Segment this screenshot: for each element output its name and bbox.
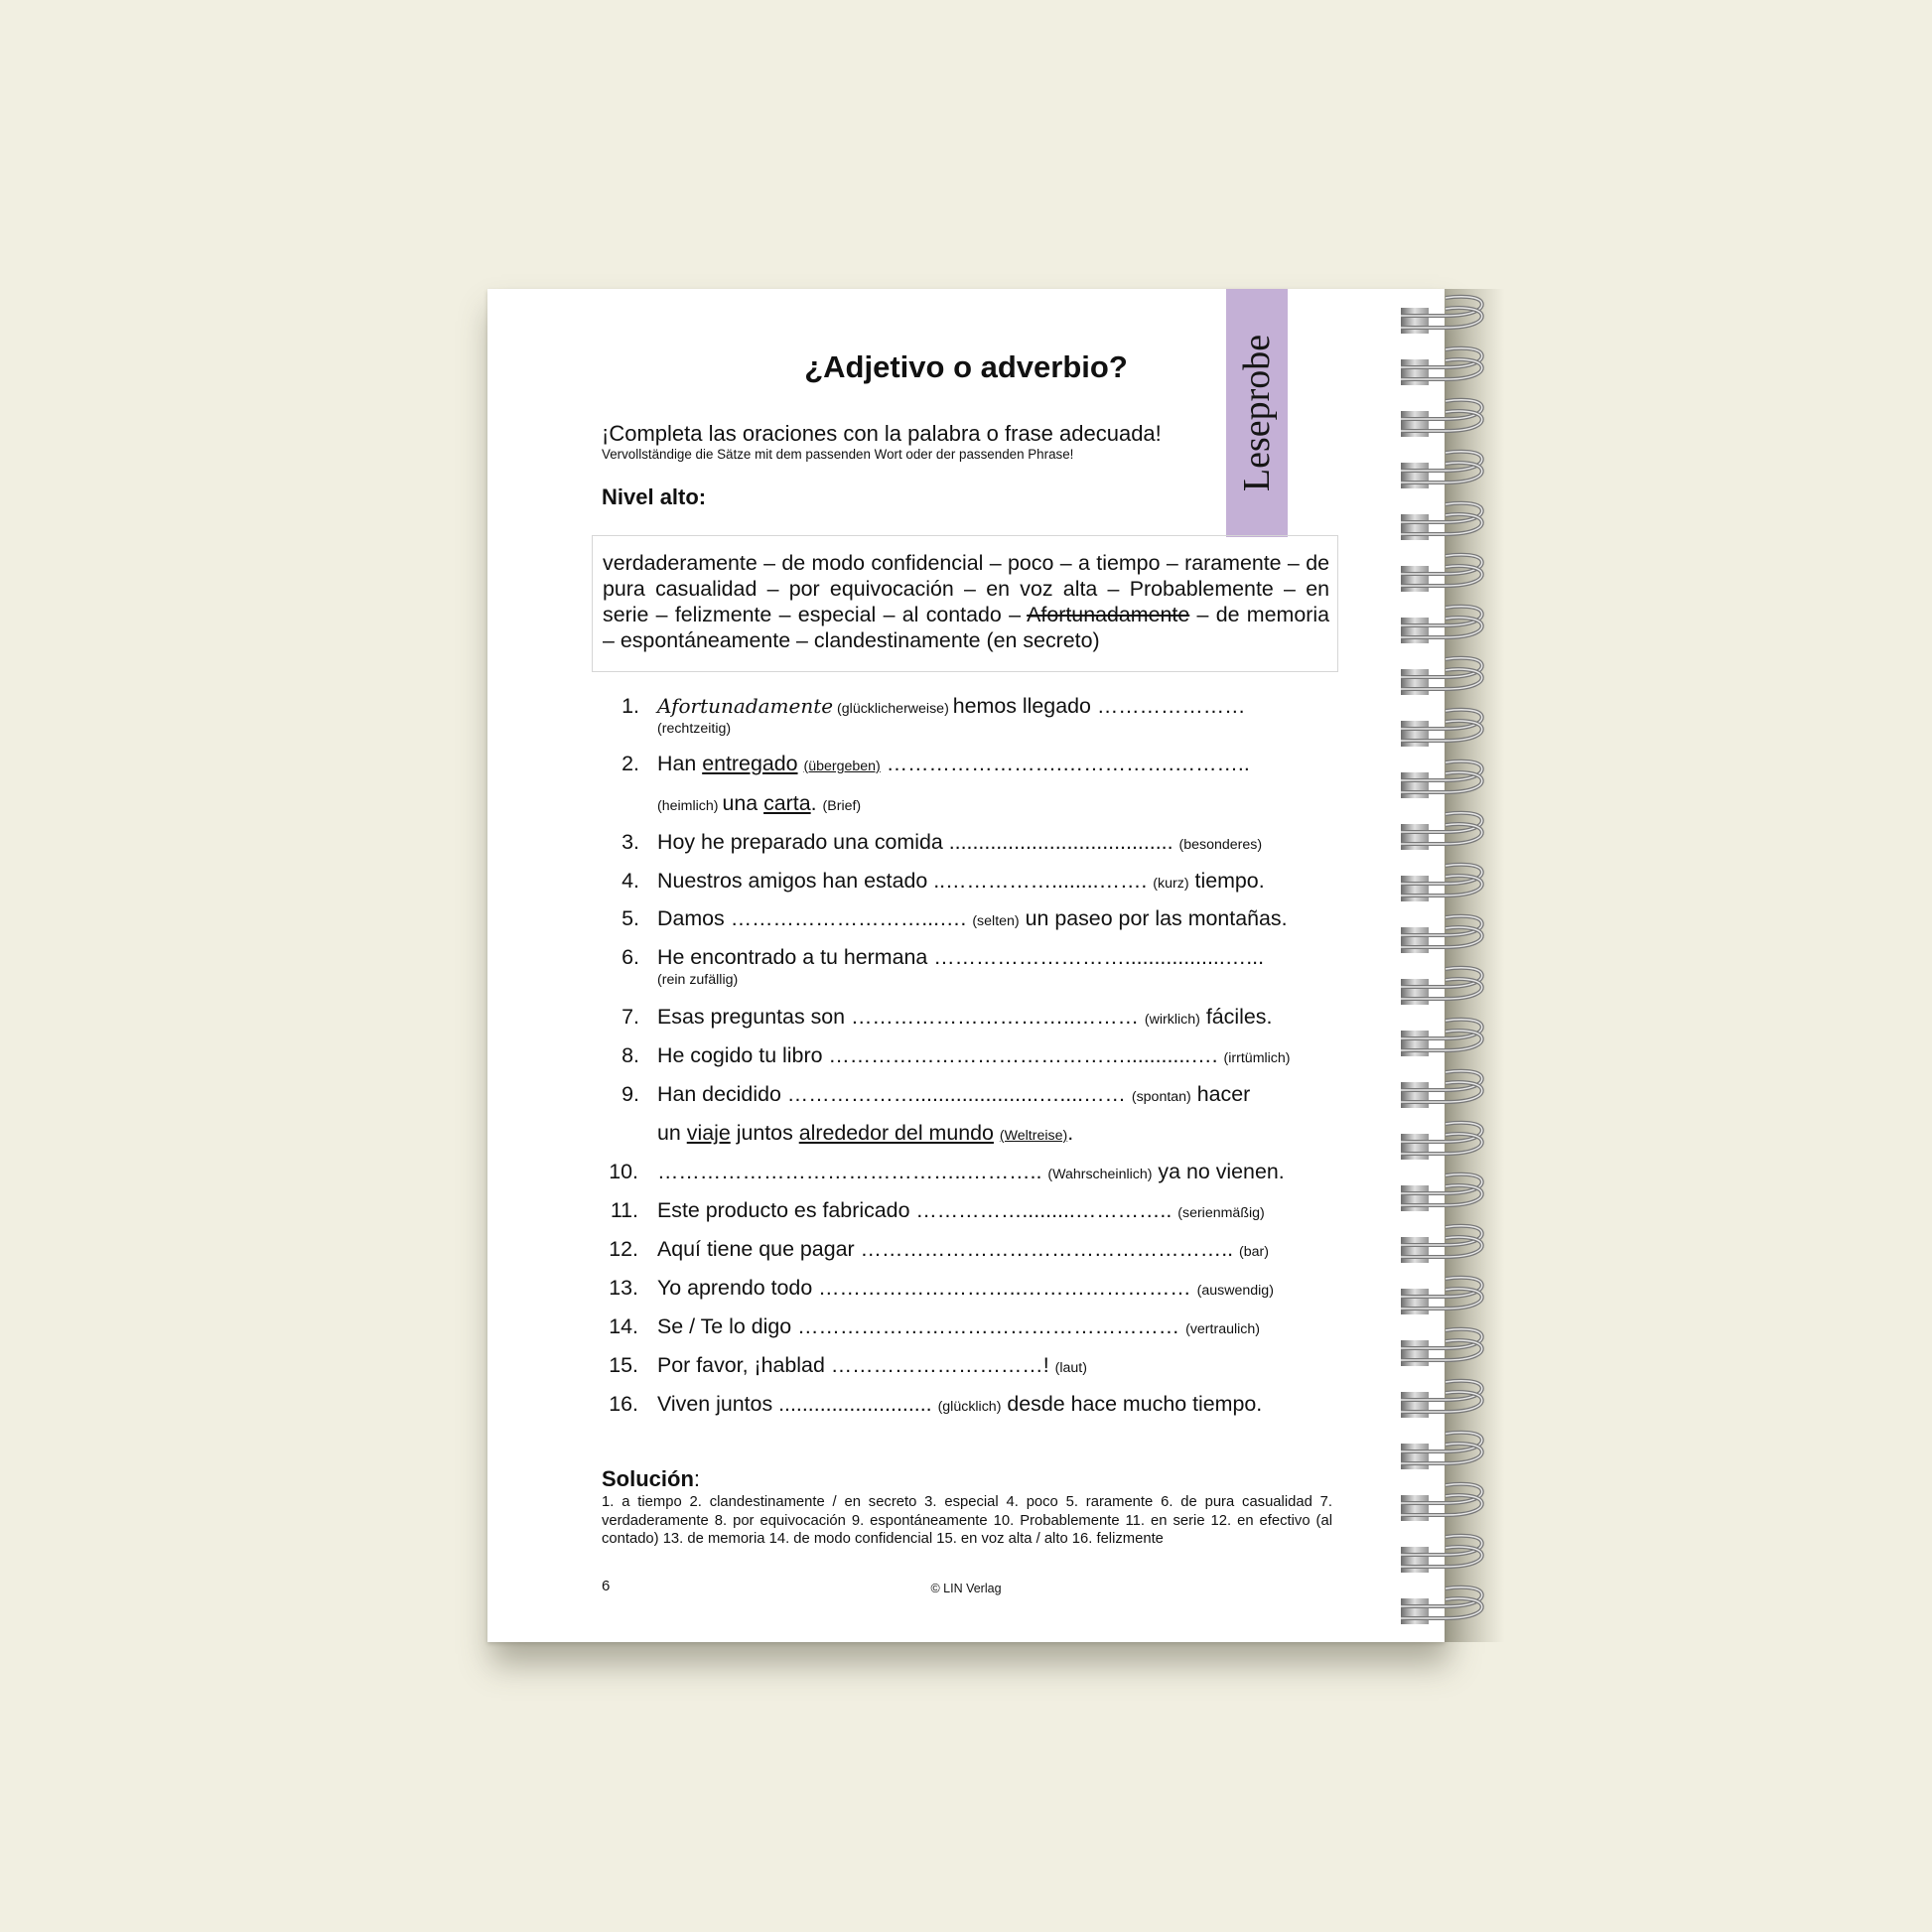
hint-text: (laut) bbox=[1055, 1360, 1087, 1376]
sentence-part: Aquí tiene que pagar …………………………………………….. bbox=[657, 1237, 1239, 1261]
sentence-part: He cogido tu libro …………………………………….......… bbox=[657, 1043, 1224, 1067]
hint-text: (spontan) bbox=[1132, 1089, 1191, 1105]
item-number: 9. bbox=[600, 1082, 639, 1107]
sentence-part: Han decidido ……………….....................… bbox=[657, 1082, 1132, 1106]
exercise-sentence: Hoy he preparado una comida ............… bbox=[657, 830, 1262, 855]
spiral-coil-icon bbox=[1398, 1017, 1485, 1068]
exercise-sentence: Han decidido ……………….....................… bbox=[657, 1082, 1250, 1107]
spiral-coil-icon bbox=[1398, 1378, 1485, 1430]
item-number: 16. bbox=[599, 1392, 638, 1417]
item-number: 12. bbox=[599, 1237, 638, 1262]
spiral-coil-icon bbox=[1398, 1481, 1485, 1533]
copyright: © LIN Verlag bbox=[487, 1582, 1445, 1595]
spiral-coil-icon bbox=[1398, 294, 1485, 345]
exercise-sentence: Este producto es fabricado ……………........… bbox=[657, 1198, 1265, 1223]
exercise-sentence: Han entregado (übergeben) …………………….……………… bbox=[657, 752, 1250, 776]
exercise-sentence: He cogido tu libro …………………………………….......… bbox=[657, 1043, 1291, 1068]
spiral-coil-icon bbox=[1398, 345, 1485, 397]
solution-colon: : bbox=[694, 1466, 700, 1491]
spiral-coil-icon bbox=[1398, 1430, 1485, 1481]
handwritten-answer: Afortunadamente bbox=[657, 694, 833, 718]
exercise-sentence: ……………………………………..……….. (Wahrscheinlich) y… bbox=[657, 1160, 1285, 1184]
hint-text: (serienmäßig) bbox=[1177, 1205, 1265, 1221]
spiral-coil-icon bbox=[1398, 1223, 1485, 1275]
exercise-sentence: Aquí tiene que pagar ……………………………………………..… bbox=[657, 1237, 1269, 1262]
item-number: 6. bbox=[600, 945, 639, 970]
spiral-coil-icon bbox=[1398, 862, 1485, 913]
sentence-part: hacer bbox=[1191, 1082, 1250, 1106]
spiral-coil-icon bbox=[1398, 707, 1485, 759]
exercise-sentence: Esas preguntas son …………………………..……… (wirk… bbox=[657, 1005, 1272, 1030]
hint-text: (bar) bbox=[1239, 1244, 1269, 1260]
hint-text: (übergeben) bbox=[803, 759, 880, 774]
exercise-sentence: Por favor, ¡hablad …………………………! (laut) bbox=[657, 1353, 1087, 1378]
hint-text: (irrtümlich) bbox=[1224, 1050, 1291, 1066]
sentence-part: . bbox=[1067, 1121, 1073, 1145]
item-number: 13. bbox=[599, 1276, 638, 1301]
spiral-coil-icon bbox=[1398, 449, 1485, 500]
exercise-sentence: Se / Te lo digo ……………………………………………… (vert… bbox=[657, 1314, 1260, 1339]
item-number: 2. bbox=[600, 752, 639, 776]
sentence-part: entregado bbox=[702, 752, 797, 775]
sentence-part: un paseo por las montañas. bbox=[1020, 906, 1288, 930]
spiral-coil-icon bbox=[1398, 1275, 1485, 1326]
hint-text: (besonderes) bbox=[1179, 837, 1263, 853]
solution-heading-text: Solución bbox=[602, 1466, 694, 1491]
spiral-coil-icon bbox=[1398, 1326, 1485, 1378]
exercise-sentence: Yo aprendo todo ………………………..…………………… (aus… bbox=[657, 1276, 1274, 1301]
hint-text: (Brief) bbox=[823, 798, 862, 814]
spiral-coil-icon bbox=[1398, 655, 1485, 707]
spiral-coil-icon bbox=[1398, 1585, 1485, 1636]
spiral-coil-icon bbox=[1398, 759, 1485, 810]
exercise-sentence: un viaje juntos alrededor del mundo (Wel… bbox=[657, 1121, 1073, 1146]
hint-text: (glücklicherweise) bbox=[833, 701, 953, 717]
hint-text: (selten) bbox=[972, 913, 1019, 929]
item-number: 11. bbox=[599, 1198, 638, 1223]
item-number: 10. bbox=[599, 1160, 638, 1184]
sentence-part: alrededor del mundo bbox=[799, 1121, 994, 1145]
sentence-part: una bbox=[722, 791, 763, 815]
hint-text: (glücklich) bbox=[938, 1399, 1002, 1415]
spiral-coil-icon bbox=[1398, 913, 1485, 965]
sentence-part: ya no vienen. bbox=[1152, 1160, 1284, 1183]
item-number: 7. bbox=[600, 1005, 639, 1030]
sentence-part: un bbox=[657, 1121, 687, 1145]
sentence-part: . bbox=[811, 791, 823, 815]
exercise-sentence: He encontrado a tu hermana ………………………....… bbox=[657, 945, 1264, 970]
item-number: 15. bbox=[599, 1353, 638, 1378]
sentence-part: hemos llegado ………………… bbox=[953, 694, 1246, 718]
hint-text: (heimlich) bbox=[657, 798, 722, 814]
sentence-part: Se / Te lo digo ……………………………………………… bbox=[657, 1314, 1185, 1338]
exercise-sentence: Afortunadamente (glücklicherweise) hemos… bbox=[657, 694, 1246, 719]
sentence-part: Esas preguntas son …………………………..……… bbox=[657, 1005, 1145, 1029]
spiral-coil-icon bbox=[1398, 397, 1485, 449]
exercise-sentence: Damos ………………………...…. (selten) un paseo p… bbox=[657, 906, 1288, 931]
spiral-coil-icon bbox=[1398, 965, 1485, 1017]
sentence-part: …………………….…………….……….. bbox=[881, 752, 1250, 775]
sentence-part: ……………………………………..……….. bbox=[657, 1160, 1047, 1183]
sentence-part: Este producto es fabricado ……………........… bbox=[657, 1198, 1177, 1222]
spiral-coil-icon bbox=[1398, 1068, 1485, 1120]
sentence-part: Damos ………………………...…. bbox=[657, 906, 972, 930]
sentence-part: carta bbox=[763, 791, 811, 815]
hint-text: (rechtzeitig) bbox=[657, 721, 731, 737]
exercise-sentence: Nuestros amigos han estado ..……………......… bbox=[657, 869, 1265, 894]
sentence-part: juntos bbox=[731, 1121, 799, 1145]
sentence-part: Yo aprendo todo ………………………..…………………… bbox=[657, 1276, 1197, 1300]
hint-text: (Weltreise) bbox=[1000, 1128, 1067, 1144]
exercise-list: 1.Afortunadamente (glücklicherweise) hem… bbox=[487, 289, 1445, 1642]
item-number: 14. bbox=[599, 1314, 638, 1339]
spiral-coil-icon bbox=[1398, 1533, 1485, 1585]
spiral-coil-icon bbox=[1398, 500, 1485, 552]
sentence-part: fáciles. bbox=[1200, 1005, 1273, 1029]
sentence-part: He encontrado a tu hermana ………………………....… bbox=[657, 945, 1264, 969]
item-number: 4. bbox=[600, 869, 639, 894]
spiral-coil-icon bbox=[1398, 604, 1485, 655]
spiral-coil-icon bbox=[1398, 810, 1485, 862]
sentence-part: desde hace mucho tiempo. bbox=[1001, 1392, 1262, 1416]
item-number: 8. bbox=[600, 1043, 639, 1068]
solution-text: 1. a tiempo 2. clandestinamente / en sec… bbox=[602, 1493, 1332, 1549]
hint-text: (kurz) bbox=[1153, 876, 1188, 892]
spiral-coil-icon bbox=[1398, 1172, 1485, 1223]
solution-heading: Solución: bbox=[602, 1466, 700, 1492]
sentence-part: Hoy he preparado una comida ............… bbox=[657, 830, 1179, 854]
spiral-coil-icon bbox=[1398, 1120, 1485, 1172]
item-number: 1. bbox=[600, 694, 639, 719]
hint-text: (auswendig) bbox=[1197, 1283, 1274, 1299]
sentence-part: Por favor, ¡hablad …………………………! bbox=[657, 1353, 1055, 1377]
sentence-part: Han bbox=[657, 752, 702, 775]
sentence-part: Nuestros amigos han estado ..……………......… bbox=[657, 869, 1153, 893]
hint-text: (vertraulich) bbox=[1185, 1321, 1260, 1337]
exercise-sentence: Viven juntos .......................... … bbox=[657, 1392, 1262, 1417]
spiral-coil-icon bbox=[1398, 552, 1485, 604]
hint-text: (wirklich) bbox=[1145, 1012, 1200, 1028]
hint-text: (Wahrscheinlich) bbox=[1047, 1167, 1152, 1182]
sentence-part: Viven juntos .......................... bbox=[657, 1392, 938, 1416]
workbook-page: Leseprobe ¿Adjetivo o adverbio? ¡Complet… bbox=[487, 289, 1445, 1642]
hint-text: (rein zufällig) bbox=[657, 972, 738, 988]
item-number: 3. bbox=[600, 830, 639, 855]
item-number: 5. bbox=[600, 906, 639, 931]
exercise-sentence: (heimlich) una carta. (Brief) bbox=[657, 791, 861, 816]
sentence-part: tiempo. bbox=[1189, 869, 1265, 893]
sentence-part: viaje bbox=[687, 1121, 731, 1145]
